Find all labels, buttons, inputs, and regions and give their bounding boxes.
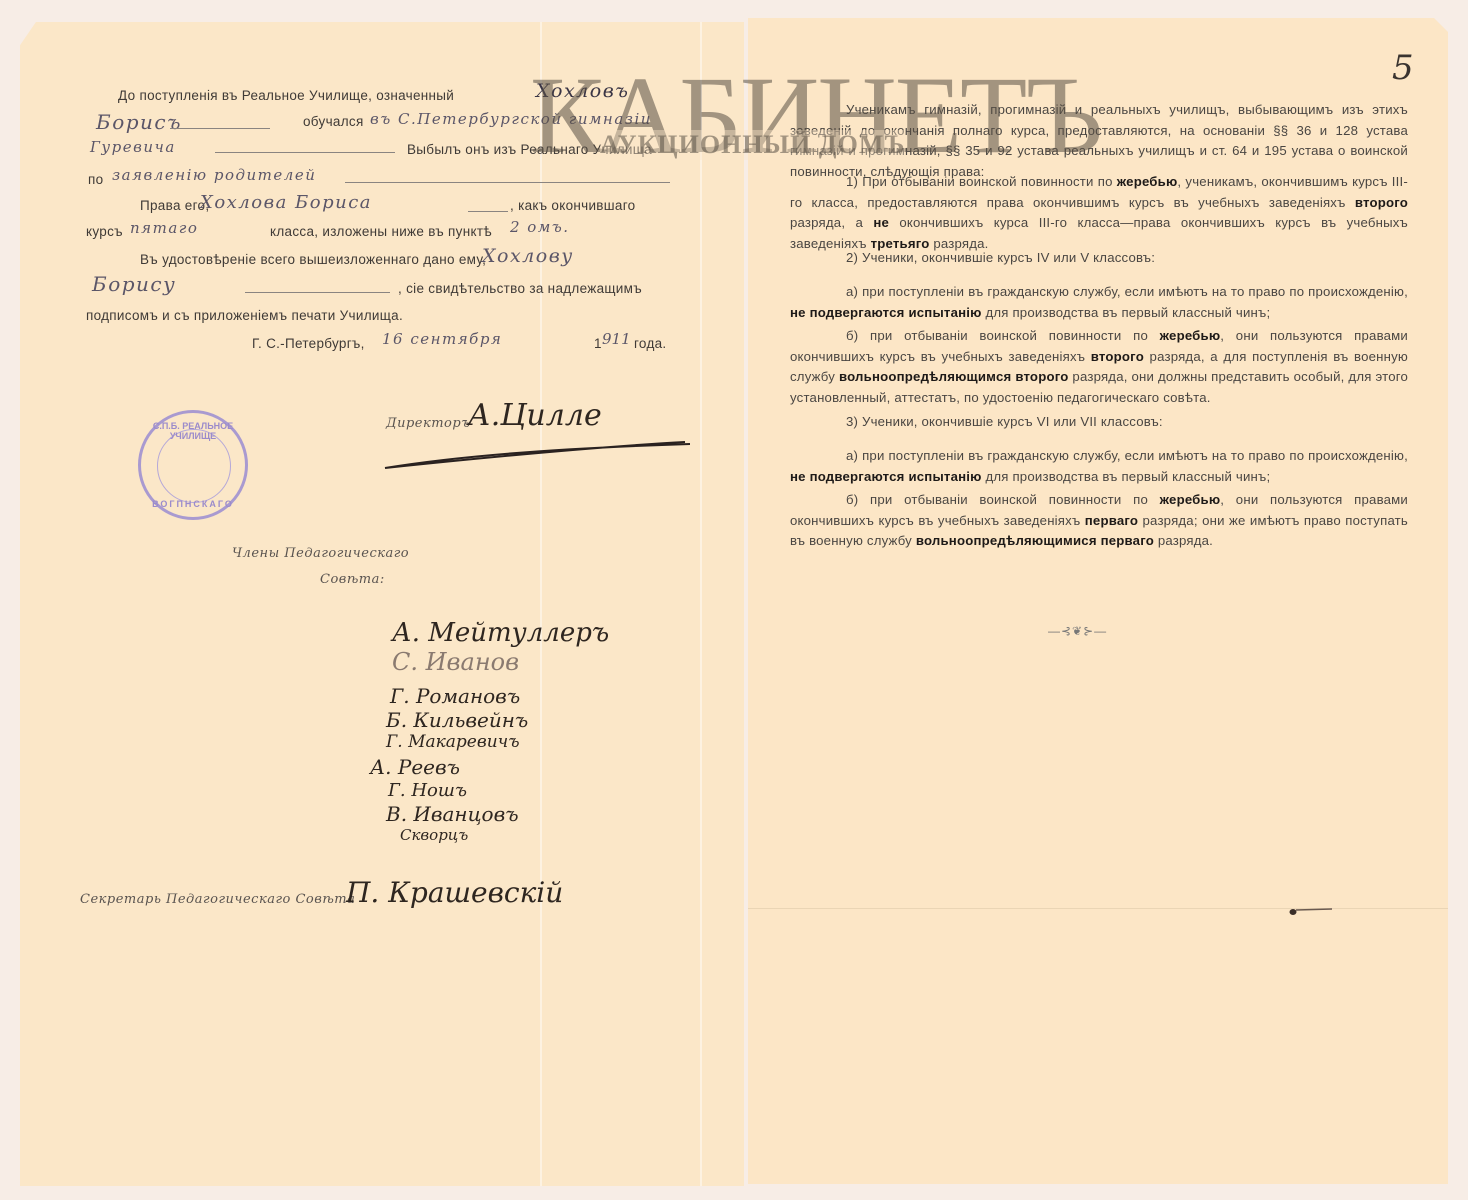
council-signature: Скворцъ xyxy=(400,826,468,844)
paragraph-2a: а) при поступленіи въ гражданскую службу… xyxy=(790,282,1408,323)
underline xyxy=(345,182,670,183)
bold-term: жеребью xyxy=(1160,492,1221,507)
fold-line xyxy=(700,22,702,1186)
underline xyxy=(215,152,395,153)
print-text: До поступленія въ Реальное Училище, озна… xyxy=(118,88,454,103)
bold-term: не xyxy=(873,215,889,230)
underline xyxy=(170,128,270,129)
paragraph-1: 1) При отбываніи воинской повинности по … xyxy=(790,172,1408,254)
handwritten-school-owner: Гуревича xyxy=(90,138,176,156)
handwritten-point: 2 омъ. xyxy=(510,218,570,236)
underline xyxy=(468,211,508,212)
print-text: подписомъ и съ приложеніемъ печати Учили… xyxy=(86,308,403,323)
handwritten-reason: заявленію родителей xyxy=(112,166,316,184)
paragraph-text: б) при отбываніи воинской повинности по xyxy=(790,328,1160,343)
stamp-top-text: С.П.Б. РЕАЛЬНОЕ УЧИЛИЩЕ xyxy=(141,421,245,441)
print-text: , какъ окончившаго xyxy=(510,198,635,213)
paragraph-2-heading: 2) Ученики, окончившіе курсъ IV или V кл… xyxy=(790,248,1408,269)
handwritten-name: Борисъ xyxy=(96,110,182,134)
watermark-sub: АУКЦИОННЫЙ ДОМЪ xyxy=(600,130,905,160)
ink-mark-icon xyxy=(1288,900,1338,920)
paragraph-2b: б) при отбываніи воинской повинности по … xyxy=(790,326,1408,408)
print-text: обучался xyxy=(303,114,364,129)
handwritten-name-dative: Борису xyxy=(92,272,176,296)
secretary-label: Секретарь Педагогическаго Совѣта xyxy=(80,892,355,907)
paragraph-text: для производства въ первый классный чинъ… xyxy=(982,469,1271,484)
paragraph-text: 2) Ученики, окончившіе курсъ IV или V кл… xyxy=(790,250,1155,265)
print-text: курсъ xyxy=(86,224,123,239)
place-text: Г. С.-Петербургъ, xyxy=(252,336,365,351)
print-text: класса, изложены ниже въ пунктѣ xyxy=(270,224,492,239)
council-signature: Б. Кильвейнъ xyxy=(386,708,528,732)
signature-flourish-icon xyxy=(375,420,695,470)
stamp-bottom-text: ВОГПНСКАГО xyxy=(141,499,245,509)
council-signature: Г. Романовъ xyxy=(390,684,520,708)
council-signature: В. Иванцовъ xyxy=(386,802,519,826)
handwritten-year: 911 xyxy=(602,330,631,348)
bold-term: не подвергаются испытанію xyxy=(790,469,982,484)
paragraph-text: а) при поступленіи въ гражданскую службу… xyxy=(790,448,1408,463)
left-page xyxy=(20,22,744,1186)
paragraph-text: б) при отбываніи воинской повинности по xyxy=(790,492,1160,507)
paragraph-text: для производства въ первый классный чинъ… xyxy=(982,305,1271,320)
bold-term: второго xyxy=(1355,195,1408,210)
handwritten-date: 16 сентября xyxy=(382,330,502,348)
ornament-divider-icon: —⊰❦⊱— xyxy=(1048,624,1107,638)
bold-term: жеребью xyxy=(1117,174,1178,189)
handwritten-name-dative: Хохлову xyxy=(482,245,574,267)
print-text: по xyxy=(88,172,103,187)
paragraph-text: а) при поступленіи въ гражданскую службу… xyxy=(790,284,1408,299)
paragraph-3a: а) при поступленіи въ гражданскую службу… xyxy=(790,446,1408,487)
bold-term: жеребью xyxy=(1160,328,1221,343)
print-text: , сіе свидѣтельство за надлежащимъ xyxy=(398,281,642,296)
council-signature: Г. Ношъ xyxy=(388,780,467,801)
page-number: 5 xyxy=(1392,48,1414,88)
underline xyxy=(245,292,390,293)
print-text: Въ удостовѣреніе всего вышеизложеннаго д… xyxy=(140,252,486,267)
fold-line xyxy=(748,908,1448,909)
council-signature: А. Реевъ xyxy=(370,755,460,779)
secretary-signature: П. Крашевскій xyxy=(346,876,563,909)
year-prefix: 1 xyxy=(594,336,602,351)
council-signature: А. Мейтуллеръ xyxy=(392,618,609,648)
print-text: Права его, xyxy=(140,198,209,213)
bold-term: перваго xyxy=(1085,513,1138,528)
paragraph-text: разряда. xyxy=(1154,533,1213,548)
paragraph-3b: б) при отбываніи воинской повинности по … xyxy=(790,490,1408,552)
bold-term: вольноопредѣляющимся второго xyxy=(839,369,1068,384)
handwritten-name-genitive: Хохлова Бориса xyxy=(200,192,372,213)
bold-term: вольноопредѣляющимися перваго xyxy=(916,533,1154,548)
council-label: Члены Педагогическаго xyxy=(232,546,409,561)
school-seal-stamp: С.П.Б. РЕАЛЬНОЕ УЧИЛИЩЕ ВОГПНСКАГО xyxy=(138,410,248,520)
paragraph-text: 3) Ученики, окончившіе курсъ VI или VII … xyxy=(790,414,1163,429)
paragraph-text: разряда, а xyxy=(790,215,873,230)
paragraph-text: 1) При отбываніи воинской повинности по xyxy=(790,174,1117,189)
paragraph-3-heading: 3) Ученики, окончившіе курсъ VI или VII … xyxy=(790,412,1408,433)
year-suffix: года. xyxy=(634,336,666,351)
fold-line xyxy=(540,22,542,1186)
bold-term: не подвергаются испытанію xyxy=(790,305,982,320)
council-signature: С. Иванов xyxy=(392,648,519,676)
council-signature: Г. Макаревичъ xyxy=(386,732,520,752)
council-label: Совѣта: xyxy=(320,572,385,587)
bold-term: второго xyxy=(1091,349,1144,364)
handwritten-class: пятаго xyxy=(130,219,198,237)
